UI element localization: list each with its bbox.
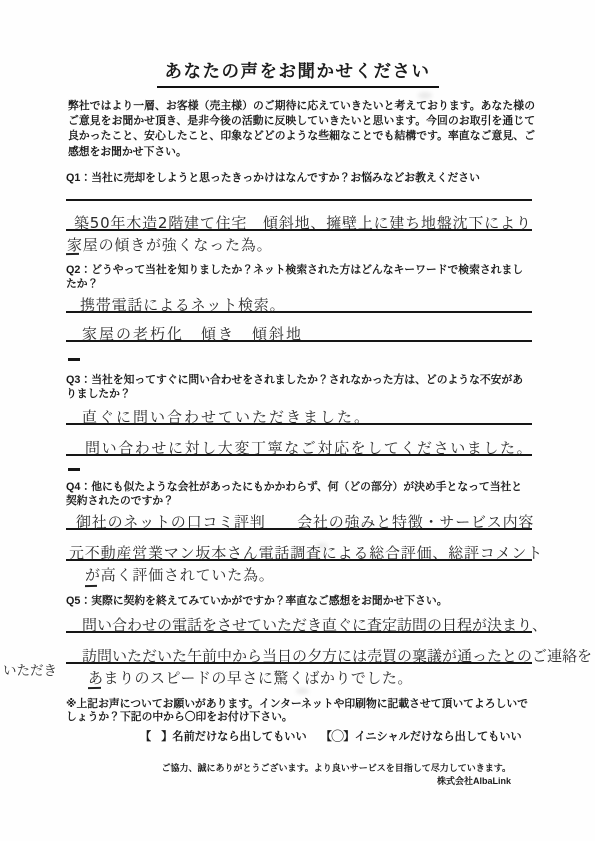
question-block-q2: Q2：どうやって当社を知りましたか？ネット検索された方はどんなキーワードで検索さ… bbox=[66, 264, 532, 361]
answer-line: 訪問いただいた午前中から当日の夕方には売買の稟議が通ったとのご連絡を bbox=[66, 633, 532, 664]
answer-line: 家屋の傾きが強くなった為。 bbox=[66, 231, 532, 258]
footer-thanks: ご協力、誠にありがとうございます。より良いサービスを目指して尽力していきます。 bbox=[161, 762, 511, 775]
handwritten-answer: 携帯電話によるネット検索。 bbox=[80, 294, 285, 315]
answer-area-q3: 直ぐに問い合わせていただきました。 問い合わせに対し大変丁寧なご対応をしてくださ… bbox=[66, 402, 532, 471]
consent-section: ※上記お声についてお願いがあります。インターネットや印刷物に記載させて頂いてよろ… bbox=[66, 698, 536, 746]
consent-option-initial: 【 〇 】 イニシャルだけなら出してもいい bbox=[321, 726, 522, 746]
question-block-q1: Q1：当社に売却をしようと思ったきっかけはなんですか？お悩みなどお教えください … bbox=[66, 172, 532, 258]
bracket-close: 】 bbox=[343, 728, 354, 744]
consent-options: 【 】 名前だけなら出してもいい 【 〇 】 イニシャルだけなら出してもいい bbox=[66, 726, 536, 746]
consent-mark-initial-circle: 〇 bbox=[331, 725, 345, 745]
footer: ご協力、誠にありがとうございます。より良いサービスを目指して尽力していきます。 … bbox=[161, 762, 511, 787]
handwritten-answer: 訪問いただいた午前中から当日の夕方には売買の稟議が通ったとのご連絡を bbox=[82, 645, 592, 666]
answer-line: が高く評価されていた為。 bbox=[66, 561, 532, 587]
bracket-open: 【 bbox=[140, 728, 151, 744]
answer-line: あまりのスピードの早さに驚くばかりでした。 bbox=[66, 664, 532, 691]
scan-smudge bbox=[418, 92, 432, 99]
handwritten-answer: 家屋の傾きが強くなった為。 bbox=[67, 234, 272, 255]
page-title: あなたの声をお聞かせください bbox=[157, 58, 439, 88]
question-label-q1: Q1：当社に売却をしようと思ったきっかけはなんですか？お悩みなどお教えください bbox=[66, 172, 532, 186]
question-block-q3: Q3：当社を知ってすぐに問い合わせをされましたか？されなかった方は、どのような不… bbox=[66, 374, 532, 471]
answer-line: 携帯電話によるネット検索。 bbox=[66, 292, 532, 313]
handwritten-answer: 直ぐに問い合わせていただきました。 bbox=[82, 406, 371, 427]
answer-area-q2: 携帯電話によるネット検索。 家屋の老朽化 傾き 傾斜地 bbox=[66, 292, 532, 361]
question-label-q2: Q2：どうやって当社を知りましたか？ネット検索された方はどんなキーワードで検索さ… bbox=[66, 264, 532, 291]
answer-line: 問い合わせの電話をさせていただき直ぐに査定訪問の日程が決まり、 bbox=[66, 610, 532, 633]
answer-area-q4: 御社のネットの口コミ評判 会社の強みと特徴・サービス内容 元不動産営業マン坂本さ… bbox=[66, 509, 532, 587]
handwritten-dash bbox=[85, 585, 97, 587]
answer-line: 築50年木造2階建て住宅 傾斜地、擁壁上に建ち地盤沈下により bbox=[66, 199, 532, 231]
question-block-q4: Q4：他にも似たような会社があったにもかかわらず、何（どの部分）が決め手となって… bbox=[66, 481, 532, 587]
consent-note: ※上記お声についてお願いがあります。インターネットや印刷物に記載させて頂いてよろ… bbox=[66, 698, 536, 724]
footer-company-name: 株式会社AlbaLink bbox=[161, 775, 511, 788]
section-dash bbox=[68, 468, 80, 471]
questionnaire-page: あなたの声をお聞かせください 弊社ではより一層、お客様（売主様）のご期待に応えて… bbox=[0, 0, 595, 841]
consent-option-name: 【 】 名前だけなら出してもいい bbox=[140, 726, 307, 746]
answer-area-q1: 築50年木造2階建て住宅 傾斜地、擁壁上に建ち地盤沈下により 家屋の傾きが強くな… bbox=[66, 199, 532, 258]
handwritten-answer: あまりのスピードの早さに驚くばかりでした。 bbox=[88, 667, 413, 688]
question-label-q4: Q4：他にも似たような会社があったにもかかわらず、何（どの部分）が決め手となって… bbox=[66, 481, 532, 508]
consent-option-label: 名前だけなら出してもいい bbox=[172, 728, 306, 744]
consent-option-label: イニシャルだけなら出してもいい bbox=[355, 728, 522, 744]
handwritten-answer: 御社のネットの口コミ評判 会社の強みと特徴・サービス内容 bbox=[76, 511, 534, 532]
handwritten-answer: 問い合わせの電話をさせていただき直ぐに査定訪問の日程が決まり、 bbox=[82, 614, 547, 635]
answer-line: 家屋の老朽化 傾き 傾斜地 bbox=[66, 313, 532, 342]
title-wrap: あなたの声をお聞かせください bbox=[0, 58, 595, 88]
handwritten-answer: 家屋の老朽化 傾き 傾斜地 bbox=[82, 323, 303, 344]
handwritten-answer: 築50年木造2階建て住宅 傾斜地、擁壁上に建ち地盤沈下により bbox=[74, 212, 532, 233]
handwritten-dash bbox=[66, 253, 79, 255]
answer-line: 御社のネットの口コミ評判 会社の強みと特徴・サービス内容 bbox=[66, 509, 532, 530]
section-dash bbox=[68, 358, 80, 361]
bracket-close: 】 bbox=[161, 728, 172, 744]
handwritten-answer: 問い合わせに対し大変丁寧なご対応をしてくださいました。 bbox=[85, 437, 533, 458]
handwritten-answer: 元不動産営業マン坂本さん電話調査による総合評価、総評コメント bbox=[69, 542, 543, 563]
question-label-q5: Q5：実際に契約を終えてみていかがですか？率直なご感想をお聞かせ下さい。 bbox=[66, 595, 532, 609]
answer-line: 元不動産営業マン坂本さん電話調査による総合評価、総評コメント bbox=[66, 530, 532, 561]
handwritten-answer: が高く評価されていた為。 bbox=[85, 564, 275, 585]
answer-line: 問い合わせに対し大変丁寧なご対応をしてくださいました。 bbox=[66, 425, 532, 456]
answer-area-q5: 問い合わせの電話をさせていただき直ぐに査定訪問の日程が決まり、 訪問いただいた午… bbox=[66, 610, 532, 691]
intro-paragraph: 弊社ではより一層、お客様（売主様）のご期待に応えていきたいと考えております。あな… bbox=[68, 99, 535, 160]
question-label-q3: Q3：当社を知ってすぐに問い合わせをされましたか？されなかった方は、どのような不… bbox=[66, 374, 532, 401]
margin-handwriting: いただき bbox=[3, 659, 57, 679]
answer-line: 直ぐに問い合わせていただきました。 bbox=[66, 402, 532, 425]
handwritten-dash bbox=[88, 687, 101, 689]
question-block-q5: Q5：実際に契約を終えてみていかがですか？率直なご感想をお聞かせ下さい。 問い合… bbox=[66, 595, 532, 691]
